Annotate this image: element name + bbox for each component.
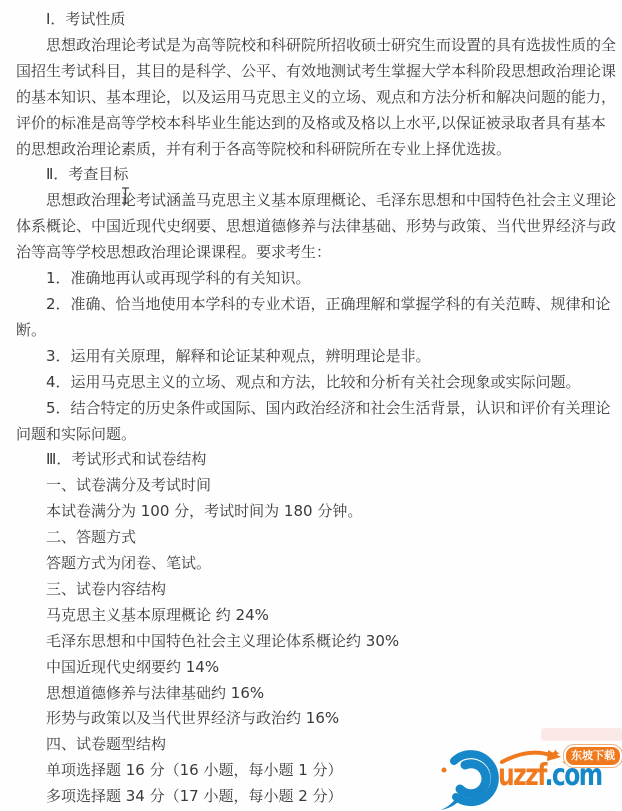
badge-glow bbox=[541, 728, 622, 741]
paragraph: 中国近现代史纲要约 14% bbox=[16, 655, 618, 681]
paragraph: 1．准确地再认或再现学科的有关知识。 bbox=[16, 266, 618, 292]
paragraph: 思想政治理论考试涵盖马克思主义基本原理概论、毛泽东思想和中国特色社会主义理论体系… bbox=[16, 188, 618, 266]
paragraph: 4．运用马克思主义的立场、观点和方法，比较和分析有关社会现象或实际问题。 bbox=[16, 370, 618, 396]
paragraph: 二、答题方式 bbox=[16, 525, 618, 551]
paragraph: 毛泽东思想和中国特色社会主义理论体系概论约 30% bbox=[16, 629, 618, 655]
text-ibeam-cursor-icon bbox=[121, 187, 130, 204]
paragraph: 形势与政策以及当代世界经济与政治约 16% bbox=[16, 706, 618, 732]
paragraph: 三、试卷内容结构 bbox=[16, 577, 618, 603]
paragraph: Ⅱ．考查目标 bbox=[16, 162, 618, 188]
paragraph: 3．运用有关原理，解释和论证某种观点，辨明理论是非。 bbox=[16, 344, 618, 370]
watermark-logo: ✦ ✦ 东坡下载 uzzf.com bbox=[440, 744, 622, 811]
brand-name: uzzf bbox=[498, 758, 545, 793]
paragraph: 2．准确、恰当地使用本学科的专业术语，正确理解和掌握学科的有关范畴、规律和论断。 bbox=[16, 292, 618, 344]
paragraph: 马克思主义基本原理概论 约 24% bbox=[16, 603, 618, 629]
brand-suffix: .com bbox=[545, 758, 602, 793]
document-body: Ⅰ．考试性质思想政治理论考试是为高等院校和科研院所招收硕士研究生而设置的具有选拔… bbox=[0, 0, 622, 810]
paragraph: 答题方式为闭卷、笔试。 bbox=[16, 551, 618, 577]
document-page: Ⅰ．考试性质思想政治理论考试是为高等院校和科研院所招收硕士研究生而设置的具有选拔… bbox=[0, 0, 622, 811]
paragraph: Ⅰ．考试性质 bbox=[16, 7, 618, 33]
paragraph: 5．结合特定的历史条件或国际、国内政治经济和社会生活背景，认识和评价有关理论问题… bbox=[16, 396, 618, 448]
paragraph: 一、试卷满分及考试时间 bbox=[16, 473, 618, 499]
paragraph: 思想政治理论考试是为高等院校和科研院所招收硕士研究生而设置的具有选拔性质的全国招… bbox=[16, 33, 618, 163]
paragraph: 本试卷满分为 100 分，考试时间为 180 分钟。 bbox=[16, 499, 618, 525]
paragraph: Ⅲ．考试形式和试卷结构 bbox=[16, 447, 618, 473]
swirl-logo-icon bbox=[440, 747, 504, 811]
brand-wordmark: uzzf.com bbox=[498, 761, 602, 791]
paragraph: 思想道德修养与法律基础约 16% bbox=[16, 681, 618, 707]
